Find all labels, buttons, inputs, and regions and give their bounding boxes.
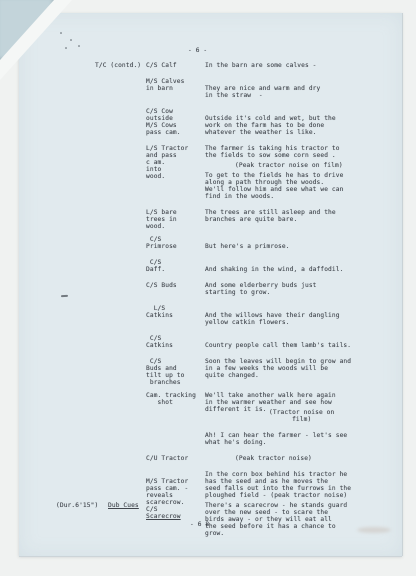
script-row: C/S CatkinsCountry people call them lamb… xyxy=(19,335,388,352)
footer-page-number: - 6 8 xyxy=(190,521,209,528)
dialogue-paragraph: The farmer is taking his tractor to the … xyxy=(205,145,388,159)
shot-column: C/S Primrose xyxy=(146,236,205,253)
script-row: M/S Calves in barnThey are nice and warm… xyxy=(19,78,388,102)
dialogue-column: In the barn are some calves - xyxy=(205,62,388,72)
shot-label: L/S bare trees in wood. xyxy=(146,209,205,230)
dialogue-paragraph: Country people call them lamb's tails. xyxy=(205,342,388,349)
script-rows: C/S CalfIn the barn are some calves -M/S… xyxy=(19,62,388,546)
shot-label: C/U Tractor xyxy=(146,455,205,462)
shot-column: C/S Calf xyxy=(146,62,205,72)
dub-cues-note: Dub Cues xyxy=(108,502,139,509)
shot-label: C/S Calf xyxy=(146,62,205,69)
shot-column: L/S Tractor and pass c am. into wood. xyxy=(146,145,205,203)
script-row: Cam. tracking shotWe'll take another wal… xyxy=(19,392,388,426)
dialogue-column: The trees are still asleep and the branc… xyxy=(205,209,388,230)
page-edge-bottom xyxy=(19,556,402,557)
dialogue-column: And shaking in the wind, a daffodil. xyxy=(205,259,388,276)
shot-label: C/S Buds xyxy=(146,282,205,289)
dialogue-column: We'll take another walk here again in th… xyxy=(205,392,388,426)
script-row: L/S CatkinsAnd the willows have their da… xyxy=(19,305,388,329)
dialogue-paragraph: (Tractor noise on film) xyxy=(269,409,388,423)
script-row: L/S Tractor and pass c am. into wood.The… xyxy=(19,145,388,203)
shot-column: Cam. tracking shot xyxy=(146,392,205,426)
dialogue-paragraph: Soon the leaves will begin to grow and i… xyxy=(205,358,388,379)
shot-column: C/S Buds and tilt up to branches xyxy=(146,358,205,386)
dialogue-column: But here's a primrose. xyxy=(205,236,388,253)
dialogue-paragraph: To get to the fields he has to drive alo… xyxy=(205,172,388,200)
script-row: C/S CalfIn the barn are some calves - xyxy=(19,62,388,72)
paper-speckle xyxy=(70,39,72,41)
dialogue-column: And some elderberry buds just starting t… xyxy=(205,282,388,299)
dialogue-paragraph: And some elderberry buds just starting t… xyxy=(205,282,388,296)
dialogue-paragraph: In the barn are some calves - xyxy=(205,62,388,69)
smudge-mark xyxy=(357,527,391,533)
script-row: C/S Cow outside M/S Cows pass cam.Outsid… xyxy=(19,108,388,139)
paper-speckle xyxy=(78,45,80,47)
page-edge-right xyxy=(402,13,403,556)
dialogue-column: (Peak tractor noise) xyxy=(205,455,388,465)
dialogue-column: Outside it's cold and wet, but the work … xyxy=(205,108,388,139)
shot-label: C/S Primrose xyxy=(146,236,205,250)
shot-column: C/U Tractor xyxy=(146,455,205,465)
shot-column: C/S Daff. xyxy=(146,259,205,276)
script-row: C/S PrimroseBut here's a primrose. xyxy=(19,236,388,253)
script-page: - 6 - T/C (contd.) C/S CalfIn the barn a… xyxy=(19,13,402,556)
paper-speckle xyxy=(65,47,67,49)
shot-label: C/S Daff. xyxy=(146,259,205,273)
dialogue-paragraph: In the corn box behind his tractor he ha… xyxy=(205,471,388,499)
dialogue-paragraph: The trees are still asleep and the branc… xyxy=(205,209,388,223)
script-row: C/U Tractor(Peak tractor noise) xyxy=(19,455,388,465)
dialogue-paragraph: (Peak tractor noise on film) xyxy=(235,162,388,169)
script-row: Ah! I can hear the farmer - let's see wh… xyxy=(19,432,388,449)
shot-label: M/S Calves in barn xyxy=(146,78,205,92)
shot-label: C/S Cow outside M/S Cows pass cam. xyxy=(146,108,205,136)
shot-column: M/S Calves in barn xyxy=(146,78,205,102)
script-row: C/S Buds and tilt up to branchesSoon the… xyxy=(19,358,388,386)
script-row: L/S bare trees in wood.The trees are sti… xyxy=(19,209,388,230)
shot-column: L/S bare trees in wood. xyxy=(146,209,205,230)
dialogue-paragraph: And shaking in the wind, a daffodil. xyxy=(205,266,388,273)
shot-column: C/S Cow outside M/S Cows pass cam. xyxy=(146,108,205,139)
script-row: C/S BudsAnd some elderberry buds just st… xyxy=(19,282,388,299)
dialogue-column: And the willows have their dangling yell… xyxy=(205,305,388,329)
duration-note: (Dur.6'15") xyxy=(56,502,98,509)
shot-label: L/S Catkins xyxy=(146,305,205,319)
shot-label: C/S Buds and tilt up to branches xyxy=(146,358,205,386)
script-row: C/S Daff.And shaking in the wind, a daff… xyxy=(19,259,388,276)
dialogue-paragraph: But here's a primrose. xyxy=(205,243,388,250)
shot-label: Cam. tracking shot xyxy=(146,392,205,406)
dialogue-paragraph: And the willows have their dangling yell… xyxy=(205,312,388,326)
shot-column: M/S Tractor pass cam. - reveals scarecro… xyxy=(146,471,205,540)
shot-label-underlined: Scarecrow xyxy=(146,513,205,520)
shot-column: C/S Catkins xyxy=(146,335,205,352)
dialogue-column: They are nice and warm and dry in the st… xyxy=(205,78,388,102)
dialogue-column: The farmer is taking his tractor to the … xyxy=(205,145,388,203)
shot-label: M/S Tractor pass cam. - reveals scarecro… xyxy=(146,478,205,513)
dialogue-paragraph: They are nice and warm and dry in the st… xyxy=(205,85,388,99)
shot-column: L/S Catkins xyxy=(146,305,205,329)
shot-label: C/S Catkins xyxy=(146,335,205,349)
header-page-number: - 6 - xyxy=(188,47,207,54)
dialogue-paragraph: Outside it's cold and wet, but the work … xyxy=(205,115,388,136)
dialogue-column: Ah! I can hear the farmer - let's see wh… xyxy=(205,432,388,449)
dialogue-column: Soon the leaves will begin to grow and i… xyxy=(205,358,388,386)
dialogue-column: Country people call them lamb's tails. xyxy=(205,335,388,352)
dialogue-paragraph: Ah! I can hear the farmer - let's see wh… xyxy=(205,432,388,446)
shot-label: L/S Tractor and pass c am. into wood. xyxy=(146,145,205,180)
paper-speckle xyxy=(60,32,62,34)
dialogue-paragraph: (Peak tractor noise) xyxy=(235,455,388,462)
shot-column: C/S Buds xyxy=(146,282,205,299)
shot-column xyxy=(146,432,205,449)
